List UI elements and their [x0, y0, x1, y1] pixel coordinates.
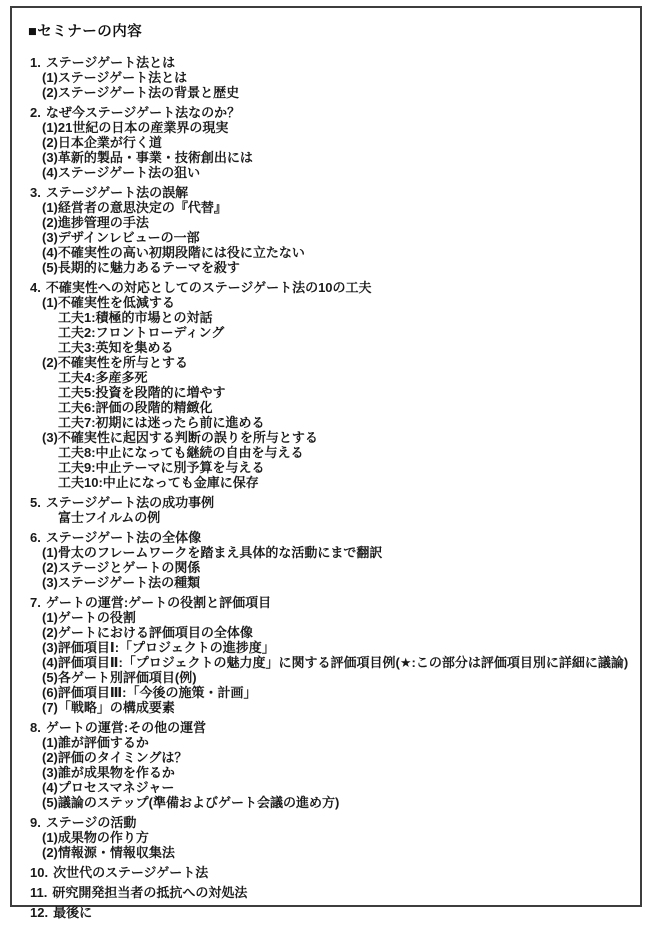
section-heading: 10.次世代のステージゲート法	[12, 865, 640, 880]
section-number: 7.	[30, 595, 46, 610]
section-heading: 11.研究開発担当者の抵抗への対処法	[12, 885, 640, 900]
outline-section: 11.研究開発担当者の抵抗への対処法	[12, 885, 640, 900]
outline-item: (3)不確実性に起因する判断の誤りを所与とする	[12, 430, 640, 445]
outline-section: 5.ステージゲート法の成功事例富士フイルムの例	[12, 495, 640, 525]
outline-section: 2.なぜ今ステージゲート法なのか？(1)21世紀の日本の産業界の現実(2)日本企…	[12, 105, 640, 180]
outline-item: (1)ステージゲート法とは	[12, 70, 640, 85]
outline-section: 12.最後に	[12, 905, 640, 920]
section-number: 1.	[30, 55, 46, 70]
outline-item: (1)21世紀の日本の産業界の現実	[12, 120, 640, 135]
outline-section: 1.ステージゲート法とは(1)ステージゲート法とは(2)ステージゲート法の背景と…	[12, 55, 640, 100]
outline-item: (1)経営者の意思決定の『代替』	[12, 200, 640, 215]
section-title: 次世代のステージゲート法	[53, 865, 208, 880]
outline-item: (1)不確実性を低減する	[12, 295, 640, 310]
section-title: ステージの活動	[46, 815, 136, 830]
section-heading: 12.最後に	[12, 905, 640, 920]
section-number: 11.	[30, 885, 52, 900]
outline-section: 3.ステージゲート法の誤解(1)経営者の意思決定の『代替』(2)進捗管理の手法(…	[12, 185, 640, 275]
document-page: ■セミナーの内容 1.ステージゲート法とは(1)ステージゲート法とは(2)ステー…	[0, 0, 650, 939]
outline-item: (4)プロセスマネジャー	[12, 780, 640, 795]
outline-item: (4)不確実性の高い初期段階には役に立たない	[12, 245, 640, 260]
outline-section: 8.ゲートの運営:その他の運営(1)誰が評価するか(2)評価のタイミングは？(3…	[12, 720, 640, 810]
outline-item: (3)誰が成果物を作るか	[12, 765, 640, 780]
section-number: 8.	[30, 720, 46, 735]
outline-item: 工夫8:中止になっても継続の自由を与える	[12, 445, 640, 460]
content-border-box: ■セミナーの内容 1.ステージゲート法とは(1)ステージゲート法とは(2)ステー…	[10, 6, 642, 907]
outline-item: (5)議論のステップ(準備およびゲート会議の進め方)	[12, 795, 640, 810]
section-number: 3.	[30, 185, 46, 200]
outline-item: (2)日本企業が行く道	[12, 135, 640, 150]
section-number: 5.	[30, 495, 46, 510]
outline-item: (6)評価項目Ⅲ:「今後の施策・計画」	[12, 685, 640, 700]
section-title: 不確実性への対応としてのステージゲート法の10の工夫	[46, 280, 372, 295]
section-title: ステージゲート法の成功事例	[46, 495, 214, 510]
section-title: ステージゲート法とは	[46, 55, 175, 70]
outline-item: 工夫2:フロントローディング	[12, 325, 640, 340]
outline-item: 富士フイルムの例	[12, 510, 640, 525]
outline-item: 工夫9:中止テーマに別予算を与える	[12, 460, 640, 475]
outline-item: (3)評価項目Ⅰ:「プロジェクトの進捗度」	[12, 640, 640, 655]
section-title: ステージゲート法の誤解	[46, 185, 188, 200]
outline-item: (3)ステージゲート法の種類	[12, 575, 640, 590]
section-number: 4.	[30, 280, 46, 295]
outline-item: (2)ステージゲート法の背景と歴史	[12, 85, 640, 100]
outline-item: (1)誰が評価するか	[12, 735, 640, 750]
outline-item: (1)骨太のフレームワークを踏まえ具体的な活動にまで翻訳	[12, 545, 640, 560]
page-title: ■セミナーの内容	[28, 24, 640, 40]
outline-item: 工夫5:投資を段階的に増やす	[12, 385, 640, 400]
section-title: ステージゲート法の全体像	[46, 530, 201, 545]
section-number: 12.	[30, 905, 53, 920]
outline-item: (2)不確実性を所与とする	[12, 355, 640, 370]
outline-item: (5)各ゲート別評価項目(例)	[12, 670, 640, 685]
outline-item: (1)成果物の作り方	[12, 830, 640, 845]
outline-item: (2)ゲートにおける評価項目の全体像	[12, 625, 640, 640]
outline-section: 6.ステージゲート法の全体像(1)骨太のフレームワークを踏まえ具体的な活動にまで…	[12, 530, 640, 590]
seminar-outline-list: 1.ステージゲート法とは(1)ステージゲート法とは(2)ステージゲート法の背景と…	[12, 55, 640, 920]
outline-item: (2)進捗管理の手法	[12, 215, 640, 230]
outline-item: (5)長期的に魅力あるテーマを殺す	[12, 260, 640, 275]
section-heading: 7.ゲートの運営:ゲートの役割と評価項目	[12, 595, 640, 610]
outline-item: 工夫1:積極的市場との対話	[12, 310, 640, 325]
section-title: 研究開発担当者の抵抗への対処法	[52, 885, 247, 900]
outline-item: (4)ステージゲート法の狙い	[12, 165, 640, 180]
section-heading: 2.なぜ今ステージゲート法なのか？	[12, 105, 640, 120]
section-number: 9.	[30, 815, 46, 830]
outline-item: 工夫4:多産多死	[12, 370, 640, 385]
outline-item: 工夫6:評価の段階的精緻化	[12, 400, 640, 415]
section-number: 6.	[30, 530, 46, 545]
outline-item: 工夫3:英知を集める	[12, 340, 640, 355]
outline-section: 7.ゲートの運営:ゲートの役割と評価項目(1)ゲートの役割(2)ゲートにおける評…	[12, 595, 640, 715]
section-heading: 4.不確実性への対応としてのステージゲート法の10の工夫	[12, 280, 640, 295]
section-heading: 5.ステージゲート法の成功事例	[12, 495, 640, 510]
outline-item: (4)評価項目Ⅱ:「プロジェクトの魅力度」に関する評価項目例(★:この部分は評価…	[12, 655, 640, 670]
outline-item: (1)ゲートの役割	[12, 610, 640, 625]
outline-item: (3)デザインレビューの一部	[12, 230, 640, 245]
section-number: 2.	[30, 105, 46, 120]
section-title: 最後に	[53, 905, 92, 920]
section-heading: 1.ステージゲート法とは	[12, 55, 640, 70]
outline-item: 工夫7:初期には迷ったら前に進める	[12, 415, 640, 430]
outline-item: (2)情報源・情報収集法	[12, 845, 640, 860]
section-number: 10.	[30, 865, 53, 880]
section-title: なぜ今ステージゲート法なのか？	[46, 105, 240, 120]
outline-item: (7)「戦略」の構成要素	[12, 700, 640, 715]
outline-section: 9.ステージの活動(1)成果物の作り方(2)情報源・情報収集法	[12, 815, 640, 860]
outline-item: 工夫10:中止になっても金庫に保存	[12, 475, 640, 490]
outline-item: (3)革新的製品・事業・技術創出には	[12, 150, 640, 165]
section-title: ゲートの運営:ゲートの役割と評価項目	[46, 595, 271, 610]
section-heading: 6.ステージゲート法の全体像	[12, 530, 640, 545]
section-title: ゲートの運営:その他の運営	[46, 720, 206, 735]
outline-section: 4.不確実性への対応としてのステージゲート法の10の工夫(1)不確実性を低減する…	[12, 280, 640, 490]
section-heading: 3.ステージゲート法の誤解	[12, 185, 640, 200]
outline-section: 10.次世代のステージゲート法	[12, 865, 640, 880]
section-heading: 8.ゲートの運営:その他の運営	[12, 720, 640, 735]
section-heading: 9.ステージの活動	[12, 815, 640, 830]
outline-item: (2)評価のタイミングは？	[12, 750, 640, 765]
outline-item: (2)ステージとゲートの関係	[12, 560, 640, 575]
